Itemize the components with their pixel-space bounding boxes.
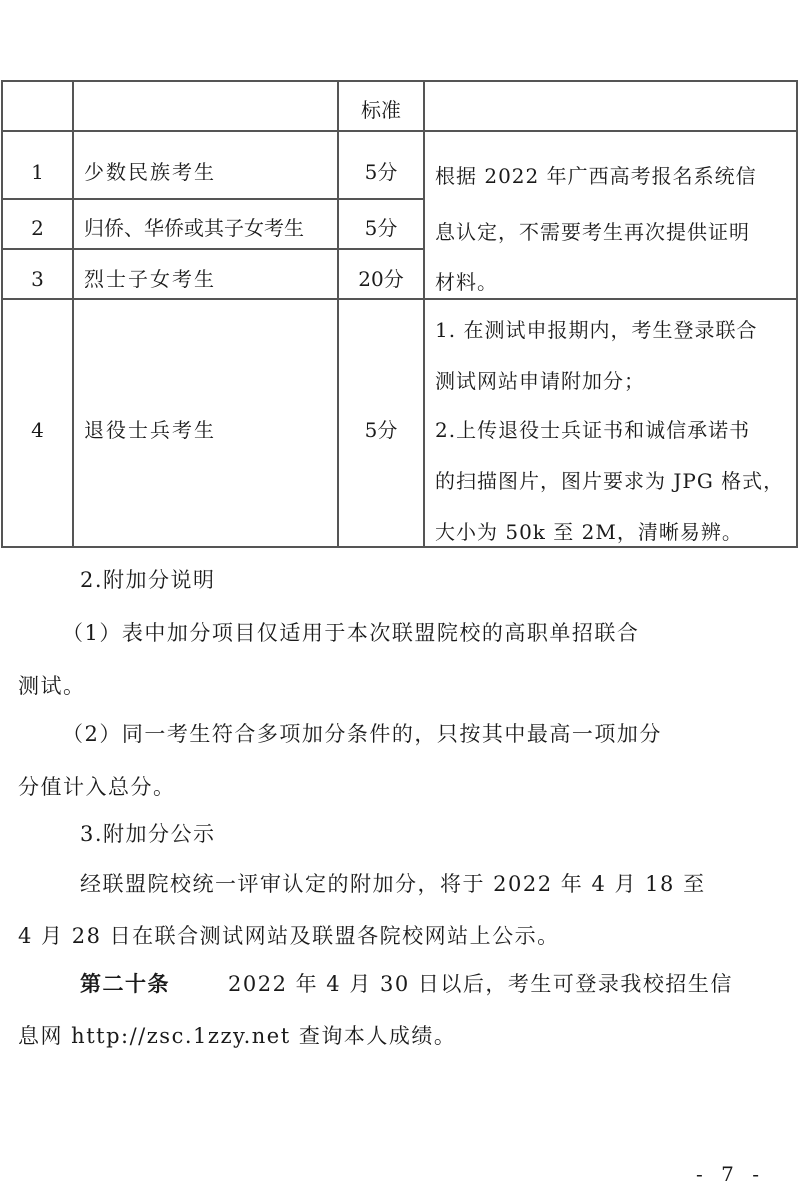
- row-score: 5分: [339, 420, 423, 440]
- row-number: 4: [3, 420, 72, 440]
- row-item: 归侨、华侨或其子女考生: [84, 218, 304, 238]
- page-number: - 7 -: [696, 1162, 765, 1186]
- article-20-text-cont: 息网 http://zsc.1zzy.net 查询本人成绩。: [18, 1020, 456, 1050]
- row-score: 5分: [339, 218, 423, 238]
- row-item: 烈士子女考生: [84, 269, 216, 289]
- section-2-para-1: （1）表中加分项目仅适用于本次联盟院校的高职单招联合: [62, 617, 639, 647]
- section-2-para-2-cont: 分值计入总分。: [18, 771, 176, 801]
- table-border-bottom: [1, 546, 798, 548]
- section-2-para-1-cont: 测试。: [18, 670, 86, 700]
- note-line: 测试网站申请附加分；: [435, 365, 645, 394]
- row-number: 1: [3, 162, 72, 182]
- table-border-col1: [72, 80, 74, 548]
- table-border-col2: [337, 80, 339, 548]
- bonus-points-table: 标准 1 少数民族考生 5分 2 归侨、华侨或其子女考生 5分 3 烈士子女考生…: [1, 80, 798, 548]
- table-border-col3: [423, 80, 425, 548]
- table-border-header: [1, 130, 798, 132]
- note-line: 材料。: [435, 266, 498, 295]
- table-border-right: [796, 80, 798, 548]
- row-score: 5分: [339, 162, 423, 182]
- table-border-left: [1, 80, 3, 548]
- row-number: 2: [3, 218, 72, 238]
- row-number: 3: [3, 269, 72, 289]
- document-page: 标准 1 少数民族考生 5分 2 归侨、华侨或其子女考生 5分 3 烈士子女考生…: [0, 0, 800, 1193]
- note-line: 2.上传退役士兵证书和诚信承诺书: [435, 414, 750, 443]
- table-border-row1: [1, 198, 424, 200]
- article-20-text: 2022 年 4 月 30 日以后，考生可登录我校招生信: [228, 968, 733, 998]
- note-line: 息认定，不需要考生再次提供证明: [435, 216, 750, 245]
- note-line: 1. 在测试申报期内，考生登录联合: [435, 314, 757, 343]
- section-2-para-2: （2）同一考生符合多项加分条件的，只按其中最高一项加分: [62, 718, 662, 748]
- row-item: 少数民族考生: [84, 162, 216, 182]
- row-score: 20分: [339, 269, 423, 289]
- row-item: 退役士兵考生: [84, 420, 216, 440]
- section-3-title: 3.附加分公示: [80, 818, 216, 848]
- section-2-title: 2.附加分说明: [80, 564, 216, 594]
- note-line: 根据 2022 年广西高考报名系统信: [435, 160, 757, 189]
- section-3-para-cont: 4 月 28 日在联合测试网站及联盟各院校网站上公示。: [18, 920, 560, 950]
- article-20-label: 第二十条: [80, 968, 170, 998]
- table-border-row2: [1, 248, 424, 250]
- table-header-standard: 标准: [339, 100, 423, 120]
- table-border-top: [1, 80, 798, 82]
- note-line: 的扫描图片，图片要求为 JPG 格式，: [435, 465, 784, 494]
- note-line: 大小为 50k 至 2M，清晰易辨。: [435, 516, 743, 545]
- section-3-para: 经联盟院校统一评审认定的附加分，将于 2022 年 4 月 18 至: [80, 868, 706, 898]
- table-border-row3: [1, 298, 798, 300]
